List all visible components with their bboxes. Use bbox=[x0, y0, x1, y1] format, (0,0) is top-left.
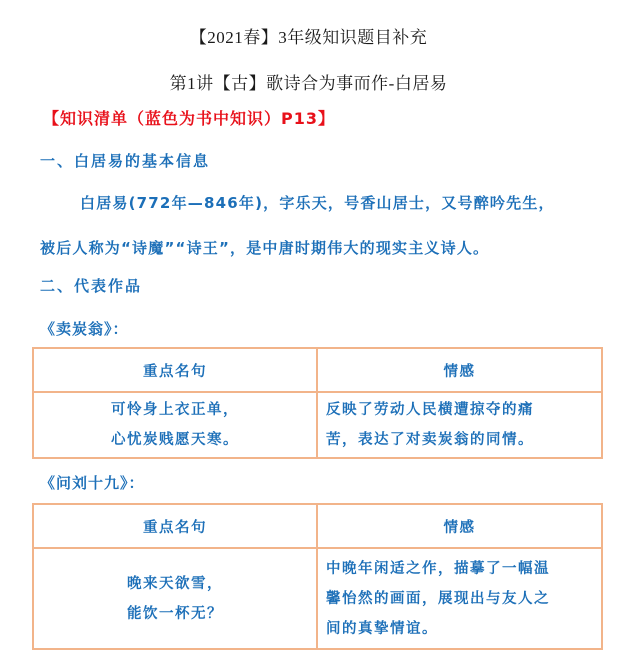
emotion-line: 间的真挚情谊。 bbox=[326, 614, 595, 644]
lecture-subtitle: 第1讲【古】歌诗合为事而作-白居易 bbox=[0, 69, 617, 94]
table-header-row: 重点名句 情感 bbox=[33, 504, 602, 548]
column-header-quote: 重点名句 bbox=[33, 504, 317, 548]
quote-line: 晚来天欲雪， bbox=[34, 569, 316, 599]
quote-line: 可怜身上衣正单， bbox=[34, 395, 316, 425]
section-heading-works: 二、代表作品 bbox=[40, 275, 142, 296]
column-header-emotion: 情感 bbox=[317, 504, 602, 548]
bio-paragraph-line-1: 白居易(772年—846年)，字乐天，号香山居士，又号醉吟先生， bbox=[80, 192, 555, 213]
knowledge-list-heading: 【知识清单（蓝色为书中知识）P13】 bbox=[43, 106, 335, 129]
table-header-row: 重点名句 情感 bbox=[33, 348, 602, 392]
document-title: 【2021春】3年级知识题目补充 bbox=[0, 23, 617, 48]
work-table-maitanweng: 重点名句 情感 可怜身上衣正单， 心忧炭贱愿天寒。 反映了劳动人民横遭掠夺的痛 … bbox=[32, 347, 603, 459]
bio-paragraph-line-2: 被后人称为“诗魔”“诗王”，是中唐时期伟大的现实主义诗人。 bbox=[40, 237, 489, 258]
emotion-line: 馨怡然的画面，展现出与友人之 bbox=[326, 584, 595, 614]
work-table-wenliushijiu: 重点名句 情感 晚来天欲雪， 能饮一杯无？ 中晚年闲适之作，描摹了一幅温 馨怡然… bbox=[32, 503, 603, 650]
emotion-cell: 反映了劳动人民横遭掠夺的痛 苦，表达了对卖炭翁的同情。 bbox=[317, 392, 602, 458]
quote-cell: 可怜身上衣正单， 心忧炭贱愿天寒。 bbox=[33, 392, 317, 458]
emotion-line: 苦，表达了对卖炭翁的同情。 bbox=[326, 425, 595, 455]
quote-line: 能饮一杯无？ bbox=[34, 599, 316, 629]
column-header-emotion: 情感 bbox=[317, 348, 602, 392]
work-title-maitanweng: 《卖炭翁》： bbox=[40, 318, 129, 339]
emotion-line: 反映了劳动人民横遭掠夺的痛 bbox=[326, 395, 595, 425]
column-header-quote: 重点名句 bbox=[33, 348, 317, 392]
work-title-wenliushijiu: 《问刘十九》： bbox=[40, 472, 145, 493]
table-row: 晚来天欲雪， 能饮一杯无？ 中晚年闲适之作，描摹了一幅温 馨怡然的画面，展现出与… bbox=[33, 548, 602, 649]
quote-line: 心忧炭贱愿天寒。 bbox=[34, 425, 316, 455]
emotion-line: 中晚年闲适之作，描摹了一幅温 bbox=[326, 554, 595, 584]
quote-cell: 晚来天欲雪， 能饮一杯无？ bbox=[33, 548, 317, 649]
emotion-cell: 中晚年闲适之作，描摹了一幅温 馨怡然的画面，展现出与友人之 间的真挚情谊。 bbox=[317, 548, 602, 649]
table-row: 可怜身上衣正单， 心忧炭贱愿天寒。 反映了劳动人民横遭掠夺的痛 苦，表达了对卖炭… bbox=[33, 392, 602, 458]
section-heading-basic-info: 一、白居易的基本信息 bbox=[40, 150, 210, 171]
